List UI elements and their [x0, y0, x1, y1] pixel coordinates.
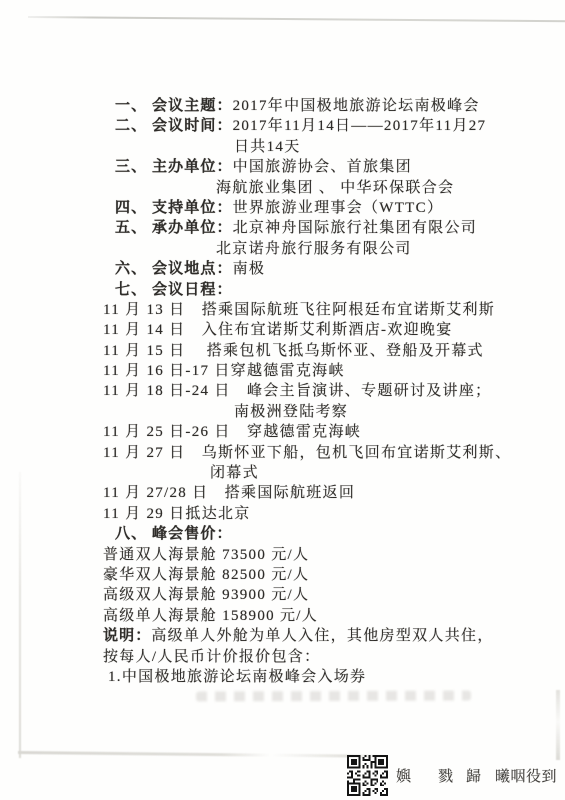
text-segment: 11 月 16 日-17 日穿越德雷克海峡 — [103, 363, 345, 379]
document-line: 二、 会议时间：2017年11月14日——2017年11月27 — [115, 116, 550, 136]
document-line: 八、 峰会售价： — [115, 524, 550, 544]
text-segment: 北京神舟国际旅行社集团有限公司 — [233, 220, 478, 236]
document-line: 四、 支持单位：世界旅游业理事会（WTTC） — [115, 198, 550, 218]
text-segment: 二、 会议时间： — [115, 118, 233, 134]
document-line: 11 月 27/28 日 搭乘国际航班返回 — [103, 483, 550, 503]
text-segment: 11 月 27 日 乌斯怀亚下船，包机飞回布宜诺斯艾利斯、 — [103, 445, 511, 461]
text-segment: 世界旅游业理事会（WTTC） — [233, 200, 444, 216]
text-segment: 11 月 29 日抵达北京 — [103, 506, 251, 522]
footer-mark: 歸 — [466, 765, 482, 786]
text-segment: 高级双人海景舱 93900 元/人 — [103, 587, 309, 603]
document-line: 普通双人海景舱 73500 元/人 — [103, 545, 550, 565]
document-line: 11 月 13 日 搭乘国际航班飞往阿根廷布宜诺斯艾利斯 — [103, 300, 550, 320]
text-segment: 三、 主办单位： — [115, 159, 233, 175]
document-line: 11 月 29 日抵达北京 — [103, 504, 550, 524]
page-left-edge-shadow — [19, 472, 21, 758]
text-segment: 豪华双人海景舱 82500 元/人 — [103, 567, 309, 583]
document-line: 11 月 27 日 乌斯怀亚下船，包机飞回布宜诺斯艾利斯、 — [103, 443, 550, 463]
text-segment: 闭幕式 — [210, 465, 259, 481]
text-segment: 南极洲登陆考察 — [234, 404, 348, 420]
document-line: 七、 会议日程： — [115, 280, 550, 300]
text-segment: 一、 会议主题： — [115, 98, 233, 114]
document-line: 高级单人海景舱 158900 元/人 — [103, 606, 550, 626]
scanned-page: 一、 会议主题：2017年中国极地旅游论坛南极峰会二、 会议时间：2017年11… — [0, 0, 565, 800]
document-line: 11 月 14 日 入住布宜诺斯艾利斯酒店-欢迎晚宴 — [103, 320, 550, 340]
footer-mark: 曦咽役到 — [495, 765, 557, 786]
document-line: 按每人/人民币计价报价包含： — [103, 647, 550, 667]
document-line: 南极洲登陆考察 — [234, 402, 550, 422]
document-line: 11 月 15 日 搭乘包机飞抵乌斯怀亚、登船及开幕式 — [103, 341, 550, 361]
document-line: 三、 主办单位：中国旅游协会、首旅集团 — [115, 157, 550, 177]
text-segment: 2017年中国极地旅游论坛南极峰会 — [233, 98, 480, 114]
text-segment: 11 月 15 日 搭乘包机飞抵乌斯怀亚、登船及开幕式 — [103, 343, 484, 359]
text-segment: 日共14天 — [234, 139, 301, 155]
footer-mark: 戮 — [438, 765, 454, 786]
text-segment: 11 月 25 日-26 日 穿越德雷克海峡 — [103, 424, 361, 440]
document-line: 说明：高级单人外舱为单人入住，其他房型双人共住， — [103, 626, 550, 646]
document-line: 11 月 25 日-26 日 穿越德雷克海峡 — [103, 422, 550, 442]
document-line: 五、 承办单位：北京神舟国际旅行社集团有限公司 — [115, 218, 550, 238]
document-line: 1.中国极地旅游论坛南极峰会入场券 — [108, 667, 550, 687]
text-segment: 11 月 14 日 入住布宜诺斯艾利斯酒店-欢迎晚宴 — [103, 322, 453, 338]
page-right-edge-shadow — [556, 690, 560, 760]
text-segment: 海航旅业集团 、 中华环保联合会 — [216, 180, 454, 196]
text-segment: 1.中国极地旅游论坛南极峰会入场券 — [108, 669, 366, 685]
qr-code-icon — [347, 755, 388, 796]
text-segment: 南极 — [233, 261, 266, 277]
text-segment: 五、 承办单位： — [115, 220, 233, 236]
text-segment: 高级单人外舱为单人入住，其他房型双人共住， — [151, 628, 493, 644]
document-line: 11 月 18 日-24 日 峰会主旨演讲、专题研讨及讲座； — [103, 381, 550, 401]
footer-mark: 嬩 — [396, 765, 412, 786]
text-segment: 说明： — [103, 628, 151, 644]
document-lines: 一、 会议主题：2017年中国极地旅游论坛南极峰会二、 会议时间：2017年11… — [100, 96, 550, 687]
document-line: 一、 会议主题：2017年中国极地旅游论坛南极峰会 — [115, 96, 550, 116]
bleed-through-marks — [196, 691, 471, 702]
text-segment: 六、 会议地点： — [115, 261, 233, 277]
document-line: 六、 会议地点：南极 — [115, 259, 550, 279]
text-segment: 七、 会议日程： — [115, 282, 233, 298]
document-line: 海航旅业集团 、 中华环保联合会 — [216, 178, 550, 198]
text-segment: 中国旅游协会、首旅集团 — [233, 159, 412, 175]
text-segment: 按每人/人民币计价报价包含： — [103, 649, 320, 665]
document-line: 北京诺舟旅行服务有限公司 — [216, 239, 550, 259]
footer-marks: 嬩戮歸曦咽役到 — [388, 765, 557, 786]
document-line: 11 月 16 日-17 日穿越德雷克海峡 — [103, 361, 550, 381]
text-segment: 11 月 18 日-24 日 峰会主旨演讲、专题研讨及讲座； — [103, 383, 491, 399]
document-line: 豪华双人海景舱 82500 元/人 — [103, 565, 550, 585]
text-segment: 八、 峰会售价： — [115, 526, 233, 542]
document-line: 高级双人海景舱 93900 元/人 — [103, 585, 550, 605]
text-segment: 普通双人海景舱 73500 元/人 — [103, 547, 309, 563]
text-segment: 11 月 13 日 搭乘国际航班飞往阿根廷布宜诺斯艾利斯 — [103, 302, 495, 318]
document-line: 日共14天 — [234, 137, 550, 157]
text-segment: 11 月 27/28 日 搭乘国际航班返回 — [103, 485, 355, 501]
document-line: 闭幕式 — [210, 463, 550, 483]
page-bottom-edge-shadow — [18, 751, 390, 758]
text-segment: 四、 支持单位： — [115, 200, 233, 216]
text-segment: 2017年11月14日——2017年11月27 — [233, 118, 487, 134]
text-segment: 北京诺舟旅行服务有限公司 — [216, 241, 412, 257]
fax-footer: 嬩戮歸曦咽役到 — [347, 755, 557, 796]
page-top-edge-shadow — [28, 16, 565, 22]
text-segment: 高级单人海景舱 158900 元/人 — [103, 608, 318, 624]
